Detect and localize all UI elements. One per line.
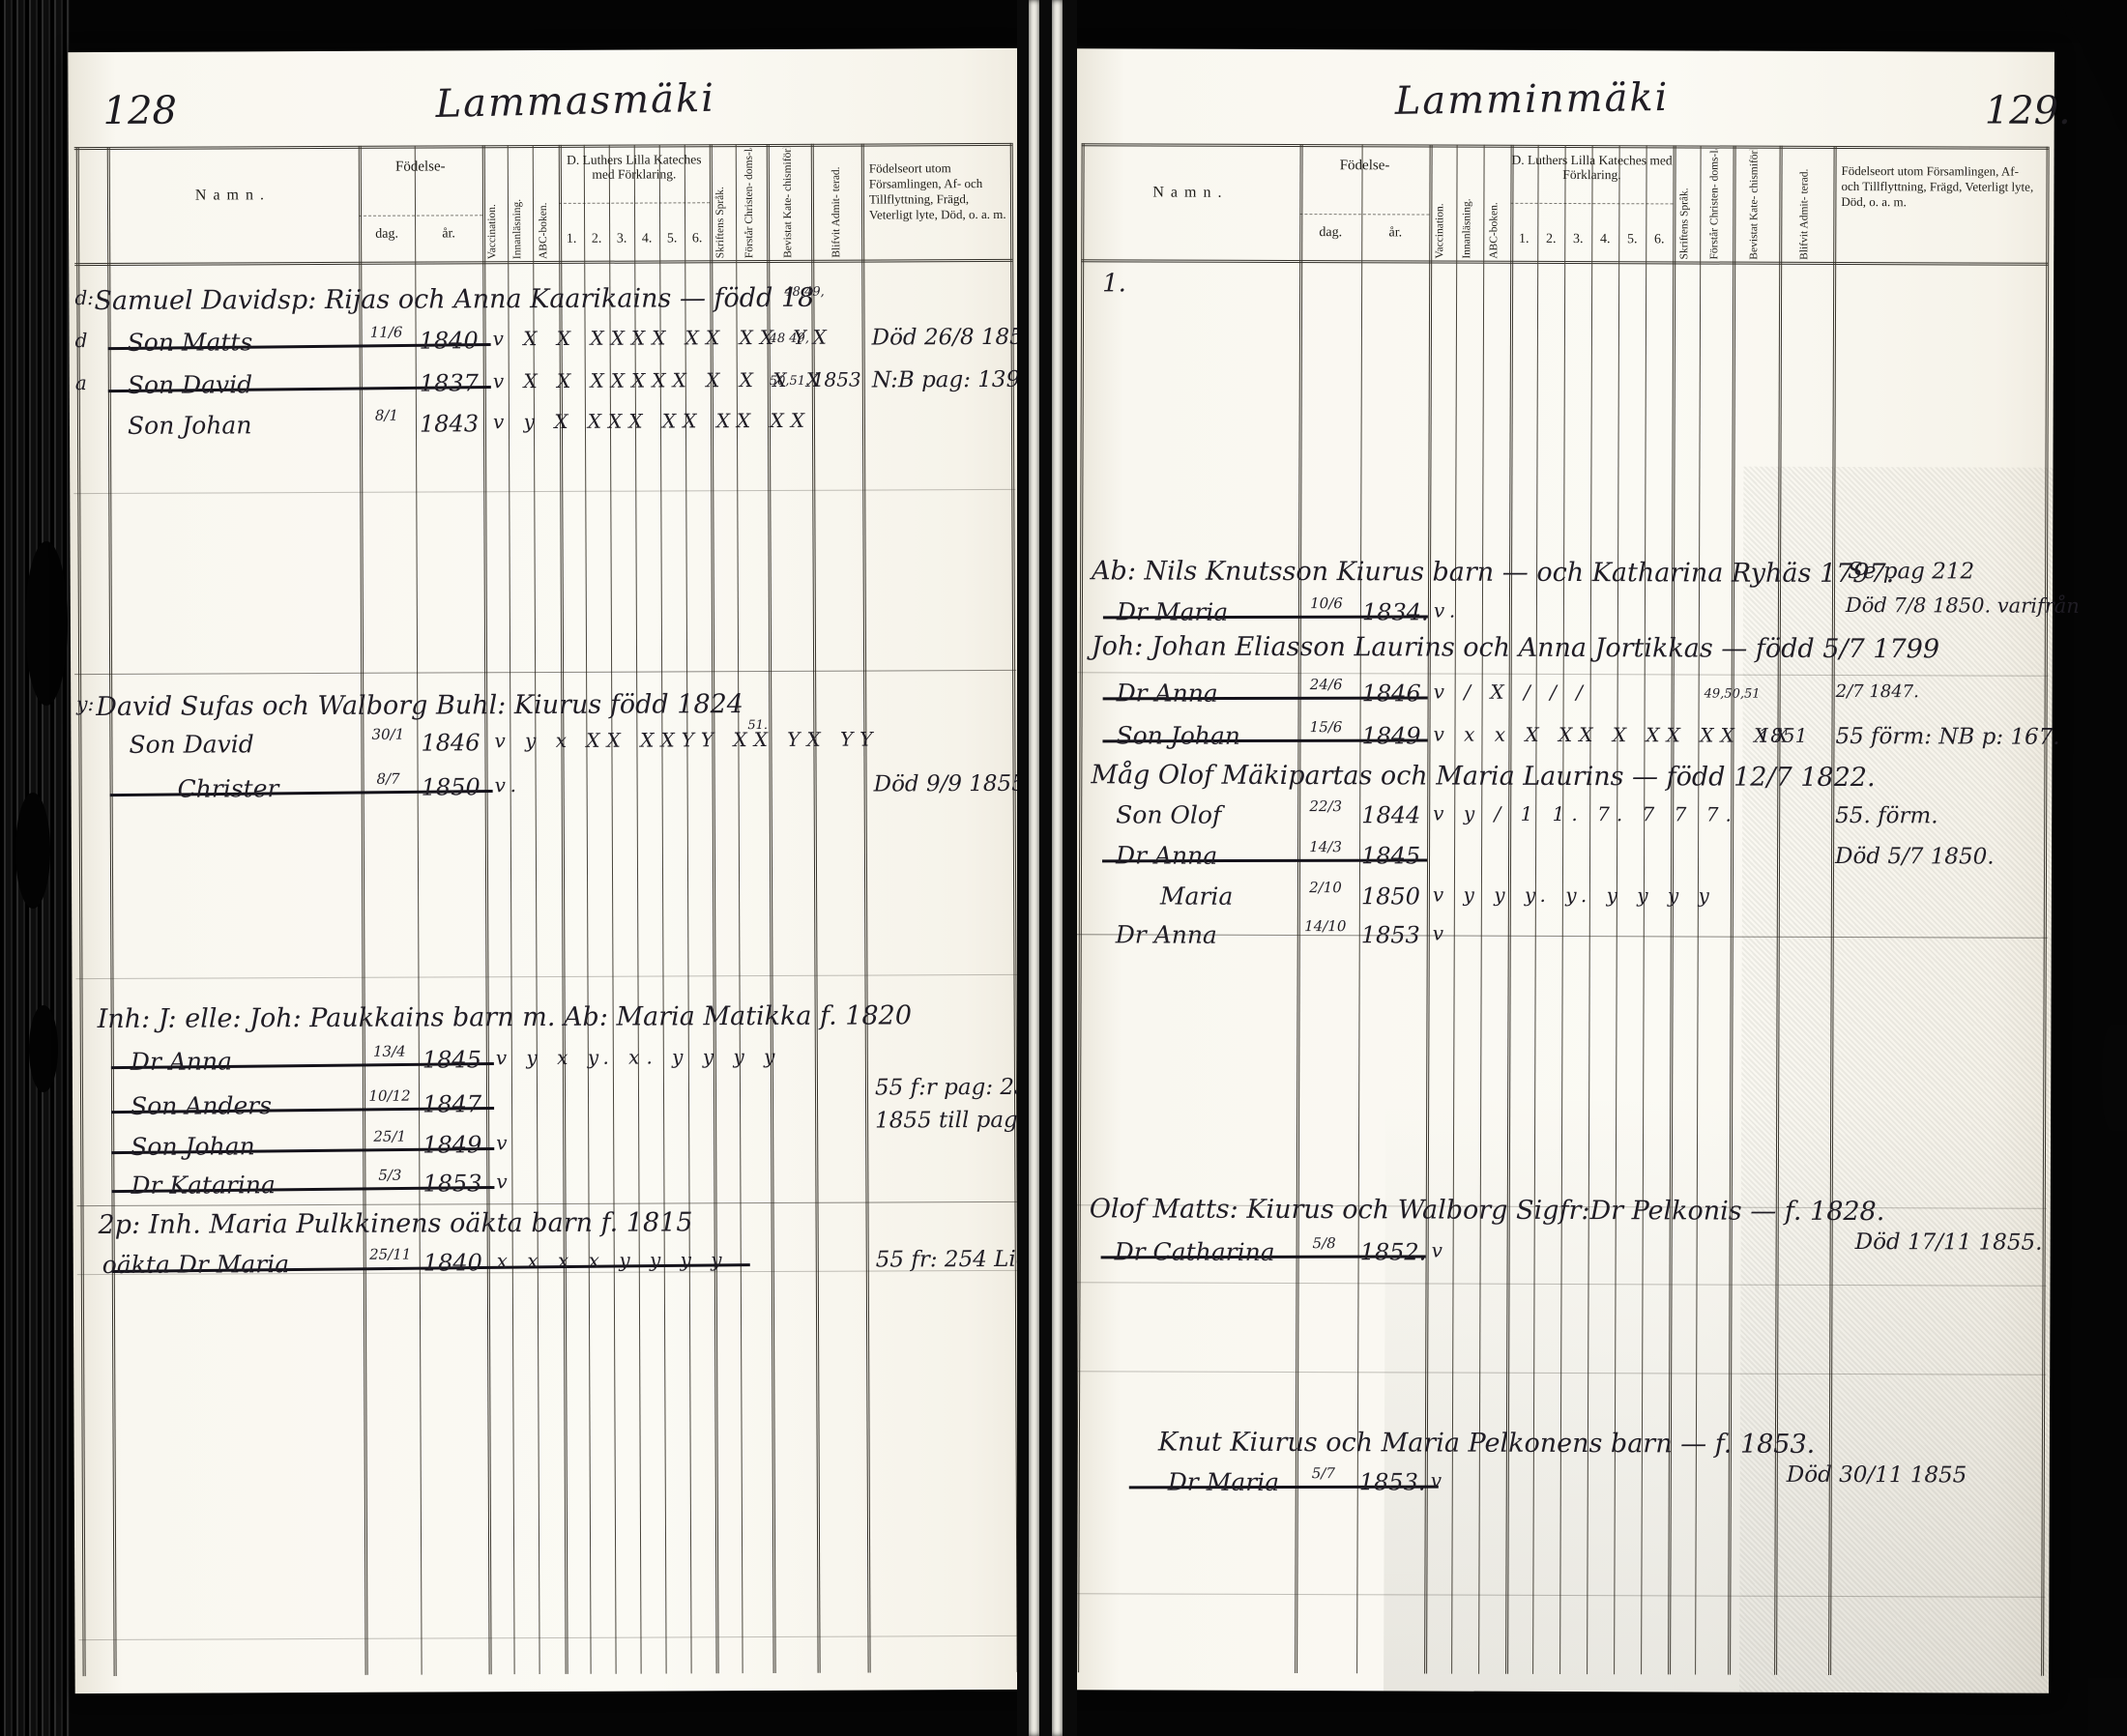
margin-note: 1. bbox=[1102, 269, 1126, 298]
scanned-register-spread: 128 Lammasmäki Namn. Födelse- dag. år. V… bbox=[0, 0, 2127, 1736]
birth-day: 15/6 bbox=[1296, 718, 1355, 736]
birth-day: 25/11 bbox=[362, 1246, 420, 1263]
birth-day: 2/10 bbox=[1296, 879, 1355, 896]
birth-day: 30/1 bbox=[359, 726, 417, 743]
margin-note: y: bbox=[76, 692, 94, 715]
table-row: Dr Anna 14/3 1845 Död 5/7 1850. bbox=[1073, 841, 2052, 885]
header-k2: 2. bbox=[1537, 232, 1564, 247]
table-row: Dr Anna 24/6 1846 v / X / / / 49,50,51 2… bbox=[1074, 679, 2053, 723]
birth-year: 1849 bbox=[1361, 722, 1420, 749]
header-forstar: Förstår Christen- doms-läran. bbox=[1708, 150, 1720, 260]
header-k3: 3. bbox=[609, 232, 634, 247]
table-row: oäkta Dr Maria 25/11 1840 x x x x y y y … bbox=[73, 1247, 1023, 1291]
birth-year: 1853. bbox=[1359, 1468, 1426, 1495]
exam-marks: v bbox=[1433, 922, 1450, 945]
birth-day: 5/7 bbox=[1294, 1464, 1354, 1482]
person-name: Dr Anna bbox=[1117, 679, 1218, 707]
table-row: Dr Katarina 5/3 1853 v bbox=[73, 1168, 1022, 1212]
ink-blob bbox=[15, 793, 50, 909]
remark: Död 5/7 1850. bbox=[1835, 844, 1995, 870]
table-row: Maria 2/10 1850 v y y y. y. y y y y bbox=[1073, 882, 2052, 926]
person-name: Dr Maria bbox=[1168, 1468, 1279, 1496]
left-page: 128 Lammasmäki Namn. Födelse- dag. år. V… bbox=[68, 48, 1024, 1693]
scan-noise bbox=[1384, 1091, 2051, 1693]
margin-note: a bbox=[75, 371, 87, 394]
exam-marks: x x x x y y y y bbox=[497, 1248, 729, 1272]
header-k4: 4. bbox=[634, 231, 659, 246]
remark: Se pag 212 bbox=[1848, 559, 1974, 584]
birth-year: 1840 bbox=[423, 1249, 482, 1276]
header-remarks: Födelseort utom Församlingen, Af- och Ti… bbox=[869, 160, 1010, 223]
header-vaccination: Vaccination. bbox=[1434, 149, 1445, 259]
ink-blob bbox=[25, 541, 68, 706]
person-name: Dr Anna bbox=[1116, 841, 1217, 869]
admitted-year: 1853 bbox=[812, 368, 861, 391]
birth-year: 1834. bbox=[1362, 598, 1429, 625]
rule-line bbox=[75, 974, 1017, 979]
birth-year: 1852. bbox=[1360, 1238, 1427, 1265]
person-name: Dr Maria bbox=[1117, 597, 1228, 625]
header-abc-boken: ABC-boken. bbox=[1488, 149, 1500, 259]
family-header-row: Knut Kiurus och Maria Pelkonens barn — f… bbox=[1071, 1427, 2050, 1471]
header-fodelse: Födelse- bbox=[359, 159, 482, 176]
family-header: Ab: Nils Knutsson Kiurus barn — och Kath… bbox=[1092, 556, 1894, 589]
birth-day: 11/6 bbox=[358, 324, 416, 341]
header-blifvit: Blifvit Admit- terad. bbox=[1798, 150, 1810, 260]
header-rule bbox=[359, 215, 482, 217]
family-header: Samuel Davidsp: Rijas och Anna Kaarikain… bbox=[94, 283, 814, 316]
header-k3: 3. bbox=[1564, 232, 1591, 247]
year-note: 48,49, bbox=[784, 285, 824, 300]
exam-marks: v y x y. x. y y y y bbox=[496, 1045, 782, 1069]
ink-blob bbox=[29, 1005, 58, 1092]
birth-year: 1843 bbox=[420, 410, 479, 437]
header-innanlasning: Innanläsning. bbox=[1461, 149, 1472, 259]
header-fodelse: Födelse- bbox=[1300, 158, 1430, 174]
person-name: Son Anders bbox=[131, 1091, 272, 1120]
exam-marks: v bbox=[496, 1131, 513, 1154]
exam-marks: v bbox=[1431, 1469, 1448, 1492]
birth-year: 1850 bbox=[422, 773, 481, 800]
birth-day: 8/1 bbox=[358, 407, 416, 424]
family-header-row: d: Samuel Davidsp: Rijas och Anna Kaarik… bbox=[69, 282, 1018, 327]
header-k5: 5. bbox=[1618, 232, 1646, 247]
birth-day: 25/1 bbox=[361, 1128, 419, 1145]
table-row: a Son David 1837 v X X XXXXX X X X X 50,… bbox=[70, 367, 1019, 412]
birth-day: 24/6 bbox=[1297, 676, 1356, 693]
person-name: Dr Catharina bbox=[1115, 1237, 1275, 1266]
book-binding bbox=[1017, 0, 1077, 1736]
table-header-rule bbox=[74, 259, 1012, 266]
header-skriftens-sprak: Skriftens Språk. bbox=[714, 148, 726, 258]
person-name: Dr Anna bbox=[1116, 920, 1217, 948]
header-vaccination: Vaccination. bbox=[486, 149, 498, 259]
header-ar: år. bbox=[415, 226, 482, 242]
family-header-row: y: David Sufas och Walborg Buhl: Kiurus … bbox=[71, 688, 1020, 733]
exam-marks: v. bbox=[1434, 599, 1462, 622]
family-header: 2p: Inh. Maria Pulkkinens oäkta barn f. … bbox=[99, 1207, 693, 1240]
remark: 55 förm: NB p: 167. bbox=[1835, 724, 2059, 750]
attendance-years: 50,51. bbox=[770, 374, 809, 389]
attendance-years: 48 49, bbox=[770, 332, 809, 346]
birth-year: 1845 bbox=[1361, 842, 1420, 869]
table-row: Son Johan 25/1 1849 v 1855 till pag: 157… bbox=[73, 1129, 1022, 1173]
exam-marks: v y x XX XXYY XX YX YY bbox=[494, 727, 879, 752]
page-number: 128 bbox=[102, 89, 177, 133]
admitted-year: 1851 bbox=[1758, 724, 1807, 747]
exam-marks: v / X / / / bbox=[1434, 680, 1589, 705]
family-header-row: Ab: Nils Knutsson Kiurus barn — och Kath… bbox=[1074, 556, 2053, 600]
header-dag: dag. bbox=[359, 227, 415, 243]
family-header-row: Inh: J: elle: Joh: Paukkains barn m. Ab:… bbox=[73, 1000, 1022, 1045]
header-dag: dag. bbox=[1299, 225, 1361, 241]
birth-day: 13/4 bbox=[361, 1043, 419, 1060]
exam-marks: v. bbox=[495, 773, 523, 796]
exam-marks: v bbox=[496, 1170, 513, 1193]
family-header-row: 2p: Inh. Maria Pulkkinens oäkta barn f. … bbox=[73, 1206, 1023, 1251]
header-kateches: D. Luthers Lilla Kateches med Förklaring… bbox=[559, 152, 710, 182]
rule-line bbox=[73, 489, 1015, 494]
family-header: Joh: Johan Eliasson Laurins och Anna Jor… bbox=[1092, 631, 1939, 664]
header-bevistat: Bevistat Kate- chismiförhören. bbox=[1748, 150, 1760, 260]
exam-marks: v y X XXX XX XX XX bbox=[493, 409, 811, 433]
person-name: Son Johan bbox=[131, 1132, 255, 1161]
header-forstar: Förstår Christen- doms-läran. bbox=[743, 148, 755, 258]
birth-year: 1849 bbox=[422, 1131, 481, 1158]
table-row: Dr Anna 14/10 1853 v bbox=[1073, 920, 2052, 965]
family-header-row: Joh: Johan Eliasson Laurins och Anna Jor… bbox=[1074, 631, 2053, 676]
person-name: Son David bbox=[129, 730, 253, 759]
family-header: Olof Matts: Kiurus och Walborg Sigfr:Dr … bbox=[1090, 1194, 1885, 1227]
person-name: Son David bbox=[128, 370, 252, 399]
person-name: Christer bbox=[178, 774, 279, 802]
birth-day: 14/10 bbox=[1296, 917, 1355, 935]
birth-year: 1844 bbox=[1361, 801, 1420, 828]
header-bevistat: Bevistat Kate- chismiförhören. bbox=[782, 148, 794, 258]
person-name: Son Johan bbox=[1116, 721, 1240, 749]
table-row: Dr Maria 5/7 1853. v bbox=[1071, 1467, 2050, 1512]
remark: Död 9/9 1855. bbox=[874, 771, 1034, 797]
header-remarks: Födelseort utom Församlingen, Af- och Ti… bbox=[1841, 163, 2038, 211]
binding-paper-strip bbox=[1052, 0, 1063, 1736]
exam-marks: v y / 1 1. 7. 7 7 7. bbox=[1433, 802, 1738, 826]
remark: N:B pag: 139. bbox=[872, 367, 1028, 393]
header-k2: 2. bbox=[584, 232, 609, 247]
person-name: Son Johan bbox=[128, 411, 252, 440]
birth-year: 1853 bbox=[422, 1170, 481, 1197]
birth-day: 5/3 bbox=[361, 1167, 419, 1184]
family-header: Inh: J: elle: Joh: Paukkains barn m. Ab:… bbox=[98, 1000, 912, 1034]
header-namn: Namn. bbox=[1081, 184, 1299, 202]
exam-marks: v x x X XX X XX XX XX bbox=[1433, 723, 1794, 747]
rule-line bbox=[74, 670, 1016, 675]
scan-corner-shadow bbox=[2088, 1678, 2127, 1736]
birth-day: 10/12 bbox=[361, 1087, 419, 1105]
birth-day: 22/3 bbox=[1296, 797, 1355, 815]
remark: 2/7 1847. bbox=[1836, 681, 1919, 702]
right-page: 129. Lamminmäki Namn. Födelse- dag. år. … bbox=[1070, 48, 2054, 1693]
birth-year: 1846 bbox=[1362, 680, 1421, 707]
exam-marks: v bbox=[1432, 1239, 1449, 1262]
table-row: Christer 8/7 1850 v. Död 9/9 1855. bbox=[72, 771, 1021, 816]
header-k1: 1. bbox=[559, 232, 584, 247]
birth-year: 1846 bbox=[421, 729, 480, 756]
header-k4: 4. bbox=[1591, 232, 1618, 247]
table-row: Son Olof 22/3 1844 v y / 1 1. 7. 7 7 7. … bbox=[1073, 800, 2052, 845]
family-header: Måg Olof Mäkipartas och Maria Laurins — … bbox=[1091, 760, 1875, 793]
person-name: Son Olof bbox=[1116, 800, 1221, 828]
header-ar: år. bbox=[1361, 225, 1429, 241]
birth-day: 8/7 bbox=[360, 770, 418, 788]
header-namn: Namn. bbox=[107, 187, 359, 205]
header-abc-boken: ABC-boken. bbox=[538, 149, 549, 259]
birth-year: 1837 bbox=[420, 369, 479, 396]
family-header-row: Olof Matts: Kiurus och Walborg Sigfr:Dr … bbox=[1072, 1194, 2051, 1238]
table-row: Son David 30/1 1846 v y x XX XXYY XX YX … bbox=[71, 727, 1020, 771]
person-name: Maria bbox=[1160, 882, 1233, 911]
family-header: David Sufas och Walborg Buhl: Kiurus föd… bbox=[96, 689, 743, 722]
family-header-row: Måg Olof Mäkipartas och Maria Laurins — … bbox=[1073, 760, 2052, 804]
header-kateches: D. Luthers Lilla Kateches med Förklaring… bbox=[1510, 153, 1673, 183]
birth-year: 1845 bbox=[422, 1046, 481, 1073]
birth-year: 1840 bbox=[420, 327, 479, 354]
page-title: Lamminmäki bbox=[1394, 75, 1669, 124]
header-innanlasning: Innanläsning. bbox=[511, 149, 523, 259]
attendance-years: 49,50,51 bbox=[1705, 687, 1761, 702]
birth-day: 10/6 bbox=[1297, 594, 1356, 612]
header-skriftens-sprak: Skriftens Språk. bbox=[1678, 149, 1690, 259]
table-row: Son Johan 8/1 1843 v y X XXX XX XX XX bbox=[70, 408, 1019, 452]
rule-line bbox=[78, 1635, 1020, 1640]
table-row: Dr Catharina 5/8 1852. v bbox=[1072, 1237, 2051, 1282]
birth-day: 14/3 bbox=[1296, 838, 1355, 855]
page-title: Lammasmäki bbox=[435, 76, 715, 127]
birth-year: 1847 bbox=[422, 1090, 481, 1117]
birth-year: 1853 bbox=[1361, 921, 1420, 948]
binding-paper-strip bbox=[1029, 0, 1039, 1736]
birth-day: 5/8 bbox=[1295, 1234, 1355, 1252]
table-row: Son Johan 15/6 1849 v x x X XX X XX XX X… bbox=[1073, 721, 2052, 766]
header-k1: 1. bbox=[1510, 232, 1537, 247]
ink-blob bbox=[2102, 1025, 2127, 1131]
family-header: Knut Kiurus och Maria Pelkonens barn — f… bbox=[1158, 1428, 1815, 1460]
table-row: d Son Matts 11/6 1840 v X X XXXX XX XX Y… bbox=[70, 325, 1019, 369]
margin-note: d: bbox=[74, 286, 94, 309]
header-rule bbox=[1299, 214, 1429, 215]
person-name: Son Matts bbox=[128, 328, 253, 357]
remark: 55. förm. bbox=[1835, 803, 1938, 828]
header-blifvit: Blifvit Admit- terad. bbox=[830, 148, 842, 258]
header-k5: 5. bbox=[659, 231, 685, 246]
person-name: Dr Katarina bbox=[131, 1171, 276, 1200]
exam-marks: v y y y. y. y y y y bbox=[1433, 883, 1716, 908]
person-name: oäkta Dr Maria bbox=[102, 1250, 289, 1279]
header-k6: 6. bbox=[1646, 232, 1673, 247]
header-k6: 6. bbox=[685, 231, 710, 246]
person-name: Dr Anna bbox=[131, 1047, 232, 1075]
page-number: 129. bbox=[1985, 89, 2071, 133]
margin-note: d bbox=[75, 329, 88, 352]
birth-year: 1850 bbox=[1361, 882, 1420, 910]
